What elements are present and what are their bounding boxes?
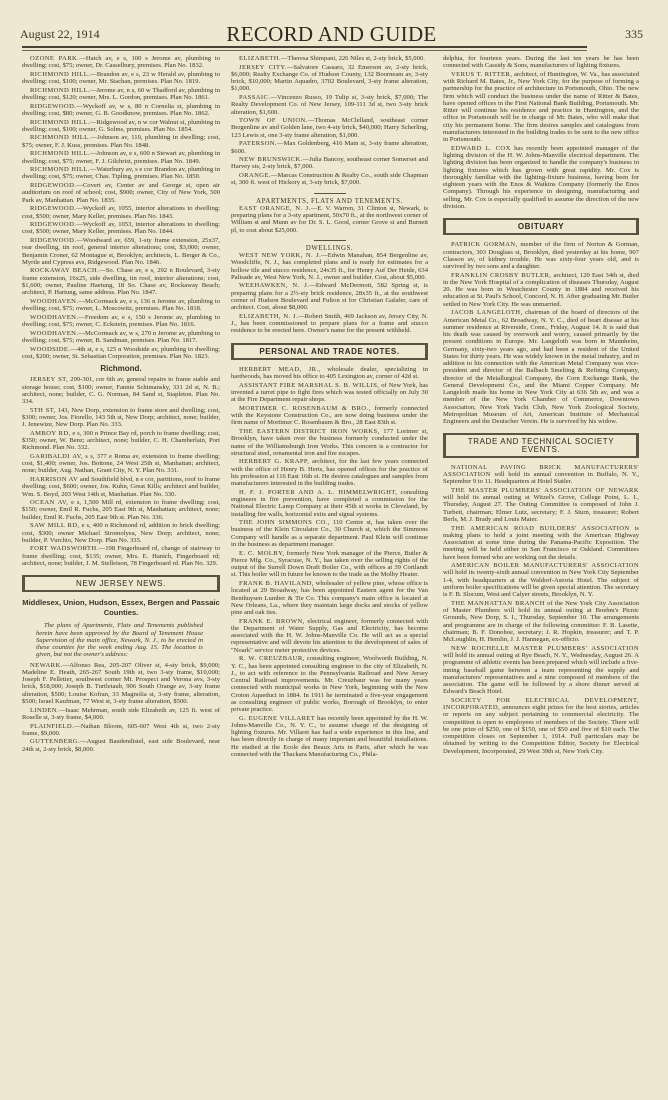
news-item: NEW BRUNSWICK.—Julia Bancoy, southeast c… [231,156,428,171]
news-item: ROCKAWAY BEACH.—So. Chase av, e s, 292 n… [22,267,220,296]
item-lead: RIDGEWOOD. [30,182,76,189]
item-lead: GARIBALDI AV, [30,453,83,460]
item-text: will hold its annual outing at Rye Beach… [443,652,639,695]
item-lead: WOODHAVEN. [30,330,78,337]
item-lead: RICHMOND HILL. [30,150,90,157]
right-column: delphia, for fourteen years. During the … [443,55,639,756]
item-lead: FRANKLIN CROSBY BUTLER, [451,272,551,279]
item-lead: HERBERT MEAD, JR., [239,366,321,373]
news-item: OCEAN AV, e s, 1,500 Mill rd, extension … [22,499,220,521]
item-lead: NEW BRUNSWICK. [239,156,303,163]
item-text: announces eight prizes for the best stor… [443,704,639,755]
item-lead: EDWARD L. COX [451,145,511,152]
page-number: 335 [625,27,643,42]
news-item: THE AMERICAN ROAD BUILDERS' ASSOCIATION … [443,525,639,561]
item-lead: ASSISTANT FIRE MARSHAL S. B. WILLIS, [239,382,379,389]
item-text: —Alfonso Rea, 205-207 Oliver st, 4-sty b… [22,662,220,705]
news-item: WEST NEW YORK, N. J.—Edwin Manahan, 854 … [231,252,428,281]
news-item: SOCIETY FOR ELECTRICAL DEVELOPMENT, INCO… [443,697,639,755]
news-item: 5TH ST, 143, New Dorp, extension to fram… [22,407,220,429]
item-lead: ORANGE. [239,172,271,179]
item-lead: 5TH ST, [30,407,56,414]
news-item: ORANGE.—Marcas Construction & Realty Co.… [231,172,428,187]
news-item: G. EUGENE VILLARET has recently been app… [231,715,428,759]
item-lead: ELIZABETH, N. J. [239,313,298,320]
item-lead: THE JOHN SIMMONS CO., [239,519,330,526]
news-item: THE JOHN SIMMONS CO., 110 Centre st, has… [231,519,428,548]
newspaper-page: August 22, 1914 RECORD AND GUIDE 335 OZO… [0,0,668,1100]
news-item: RIDGEWOOD.—Wyckoff av, w s, 80 n Corneli… [22,103,220,118]
news-item: NATIONAL PAVING BRICK MANUFACTURERS' ASS… [443,464,639,486]
item-lead: SAW MILL RD, [30,522,80,529]
item-lead: PATERSON. [239,140,277,147]
dwellings-entries: WEST NEW YORK, N. J.—Edwin Manahan, 854 … [231,252,428,335]
news-item: OZONE PARK.—Hatch av, e s, 100 s Jerome … [22,55,220,70]
news-item: THE MASTER PLUMBERS' ASSOCIATION OF NEWA… [443,487,639,523]
item-lead: RIDGEWOOD. [30,103,76,110]
item-lead: NEW ROCHELLE MASTER PLUMBERS' ASSOCIATIO… [451,645,639,652]
news-item: RIDGEWOOD.—Covert av, Center av and Geor… [22,182,220,204]
news-item: FORT WADSWORTH.—198 Fingerboard rd, chan… [22,545,220,567]
section-heading-richmond: Richmond. [22,365,220,372]
item-lead: WOODSIDE. [30,346,70,353]
region-heading: Middlesex, Union, Hudson, Essex, Bergen … [22,598,220,617]
news-item: GARIBALDI AV, s s, 377 e Roma av, extens… [22,453,220,475]
item-text: of the New York City Association of Mast… [443,600,639,643]
box-heading-trade-society-events: TRADE AND TECHNICAL SOCIETY EVENTS. [443,433,639,458]
news-item: GUTTENBERG.—August Baudendistel, east si… [22,738,220,753]
item-lead: JERSEY ST, [30,376,68,383]
section-heading-dwellings: DWELLINGS. [231,245,428,252]
item-lead: THE AMERICAN ROAD BUILDERS' ASSOCIATION [451,525,630,532]
news-item: PASSAIC.—Vincenzo Russo, 19 Tulip st, 3-… [231,94,428,116]
news-item: NEWARK.—Alfonso Rea, 205-207 Oliver st, … [22,662,220,706]
item-lead: R. W. CREUZBAUR, [239,655,305,662]
item-lead: RICHMOND HILL. [30,119,90,126]
news-item: EDWARD L. COX has recently been appointe… [443,145,639,210]
personal-entries: HERBERT MEAD, JR., wholesale dealer, spe… [231,366,428,758]
appointment-entries: VERUS T. RITTER, architect, of Huntingto… [443,71,639,210]
item-lead: JACOB LANGELOTH, [451,309,523,316]
news-item: RICHMOND HILL.—Ridgewood av, n w cor Wal… [22,119,220,134]
news-item: RIDGEWOOD.—Woodward av, 659, 1-sty frame… [22,237,220,266]
news-item: HERBERT MEAD, JR., wholesale dealer, spe… [231,366,428,381]
news-item: MORTIMER C. ROSENBAUM & BRO., formerly c… [231,405,428,427]
item-lead: TOWN OF UNION. [239,117,308,124]
item-lead: RICHMOND HILL. [30,71,90,78]
item-lead: GUTTENBERG. [30,738,80,745]
news-item: FRANK B. HAVILAND, wholesaler of yellow … [231,580,428,616]
news-item: RIDGEWOOD.—Wyckoff av, 1055, interior al… [22,205,220,220]
news-item: PLAINFIELD.—Nathan Bloom, 605-607 West 4… [22,723,220,738]
news-item: WOODSIDE.—4th st, e s, 125 n Woodside av… [22,346,220,361]
item-lead: FORT WADSWORTH. [30,545,99,552]
item-lead: FRANK B. HAVILAND, [239,580,314,587]
item-text: architect, of Huntington, W. Va., has as… [443,71,639,143]
item-text: —Theresa Shimpani, 226 Niles st, 2-sty b… [281,55,425,62]
news-item: TOWN OF UNION.—Thomas McClelland, southe… [231,117,428,139]
news-item: AMBOY RD, e s, 300 n Prince Bay rd, porc… [22,430,220,452]
item-text: will hold its annual outing at Witzel's … [443,494,639,523]
news-item: WOODHAVEN.—McCormack av, e s, 136 n Jero… [22,298,220,313]
news-item: RICHMOND HILL.—Jerome av, n s, 60 w Thad… [22,87,220,102]
item-lead: JERSEY CITY. [239,64,287,71]
divider [314,193,346,194]
left-column: OZONE PARK.—Hatch av, e s, 100 s Jerome … [22,55,220,754]
news-item: RICHMOND HILL.—Johnson av, 110, plumbing… [22,134,220,149]
item-lead: WOODHAVEN. [30,314,78,321]
item-lead: THE MANHATTAN BRANCH [451,600,545,607]
item-lead: PASSAIC. [239,94,270,101]
continued-paragraph: delphia, for fourteen years. During the … [443,55,639,70]
masthead-rule [22,46,587,48]
news-item: PATERSON.—Max Goldenberg, 416 Main st, 3… [231,140,428,155]
obituary-entries: PATRICK GORMAN, member of the firm of No… [443,241,639,425]
news-item: THE EASTERN DISTRICT IRON WORKS, 177 Lor… [231,428,428,457]
item-lead: G. EUGENE VILLARET [239,715,315,722]
nj-intro-note: The plans of Apartments, Flats and Tenem… [22,622,220,658]
news-item: WEEHAWKEN, N. J.—Edward McDermott, 582 S… [231,282,428,311]
news-item: HARRISON AV and Southfield blvd, n e cor… [22,476,220,498]
item-lead: THE EASTERN DISTRICT IRON WORKS, [239,428,380,435]
item-lead: WEEHAWKEN, N. J. [239,282,309,289]
richmond-entries: JERSEY ST, 299-301, cor 6th av, general … [22,376,220,567]
news-item: HERBERT G. KRAPP, architect, for the las… [231,458,428,487]
nj-entries: NEWARK.—Alfonso Rea, 205-207 Oliver st, … [22,662,220,753]
item-text: consulting engineer, Woolworth Building,… [231,655,428,713]
news-item: H. F. J. PORTER AND A. L. HIMMELWRIGHT, … [231,489,428,518]
item-lead: WEST NEW YORK, N. J. [239,252,321,259]
item-lead: OCEAN AV, [30,499,68,506]
nj-city-entries: ELIZABETH.—Theresa Shimpani, 226 Niles s… [231,55,428,187]
news-item: R. W. CREUZBAUR, consulting engineer, Wo… [231,655,428,713]
news-item: JACOB LANGELOTH, chairman of the board o… [443,309,639,425]
item-lead: THE MASTER PLUMBERS' ASSOCIATION OF NEWA… [451,487,639,494]
section-heading-apartments: APARTMENTS, FLATS AND TENEMENTS. [231,198,428,205]
news-item: LINDEN.—Isaac Mehrman, south side Elizab… [22,707,220,722]
news-item: RIDGEWOOD.—Wyckoff av, 1053, interior al… [22,221,220,236]
item-lead: LINDEN. [30,707,59,714]
apartments-entries: EAST ORANGE, N. J.—E. V. Warren, 31 Clin… [231,205,428,234]
box-heading-personal-trade-notes: PERSONAL AND TRADE NOTES. [231,343,428,360]
item-lead: AMERICAN BOILER MANUFACTURERS' ASSOCIATI… [451,562,639,569]
item-lead: MORTIMER C. ROSENBAUM & BRO., [239,405,371,412]
news-item: RICHMOND HILL.—Johnson av, e s, 600 n St… [22,150,220,165]
item-lead: OZONE PARK. [30,55,79,62]
news-item: FRANK E. BROWN, electrical engineer, for… [231,618,428,654]
box-heading-obituary: OBITUARY [443,218,639,235]
item-lead: EAST ORANGE, N. J. [239,205,311,212]
item-lead: H. F. J. PORTER AND A. L. HIMMELWRIGHT, [239,489,397,496]
trade-event-entries: NATIONAL PAVING BRICK MANUFACTURERS' ASS… [443,464,639,755]
queens-plumbing-entries: OZONE PARK.—Hatch av, e s, 100 s Jerome … [22,55,220,360]
item-lead: AMBOY RD, [30,430,71,437]
item-lead: FRANK E. BROWN, [239,618,305,625]
news-item: JERSEY CITY.—Salvatore Cassaro, 32 Emers… [231,64,428,93]
item-text: has recently been appointed manager of t… [443,145,639,210]
item-lead: RIDGEWOOD. [30,221,76,228]
item-lead: HARRISON AV [30,476,78,483]
middle-column: ELIZABETH.—Theresa Shimpani, 226 Niles s… [231,55,428,760]
news-item: PATRICK GORMAN, member of the firm of No… [443,241,639,270]
item-lead: PLAINFIELD. [30,723,74,730]
news-item: SAW MILL RD, e s, 400 n Richmond rd, add… [22,522,220,544]
masthead: August 22, 1914 RECORD AND GUIDE 335 [20,22,643,44]
item-lead: E. C. MOLBY, [239,550,284,557]
item-lead: VERUS T. RITTER, [451,71,512,78]
news-item: NEW ROCHELLE MASTER PLUMBERS' ASSOCIATIO… [443,645,639,696]
news-item: THE MANHATTAN BRANCH of the New York Cit… [443,600,639,644]
item-text: chairman of the board of directors of th… [443,309,639,425]
news-item: AMERICAN BOILER MANUFACTURERS' ASSOCIATI… [443,562,639,598]
divider [314,240,346,241]
item-lead: HERBERT G. KRAPP, [239,458,309,465]
news-item: EAST ORANGE, N. J.—E. V. Warren, 31 Clin… [231,205,428,234]
news-item: E. C. MOLBY, formerly New York manager o… [231,550,428,579]
news-item: ELIZABETH.—Theresa Shimpani, 226 Niles s… [231,55,428,62]
news-item: ELIZABETH, N. J.—Robert Smith, 469 Jacks… [231,313,428,335]
item-lead: NEWARK. [30,662,63,669]
news-item: WOODHAVEN.—Freedom av, e s, 150 s Jerome… [22,314,220,329]
news-item: VERUS T. RITTER, architect, of Huntingto… [443,71,639,144]
news-item: RICHMOND HILL.—Waterbury av, s e cor Bra… [22,166,220,181]
item-lead: RIDGEWOOD. [30,237,76,244]
news-item: RICHMOND HILL.—Brandon av, e s, 23 w Her… [22,71,220,86]
item-lead: RICHMOND HILL. [30,166,90,173]
item-lead: ELIZABETH. [239,55,281,62]
news-item: WOODHAVEN.—McCormack av, w s, 270 n Jero… [22,330,220,345]
item-lead: WOODHAVEN. [30,298,78,305]
item-lead: ROCKAWAY BEACH. [30,267,99,274]
item-lead: RICHMOND HILL. [30,134,91,141]
news-item: FRANKLIN CROSBY BUTLER, architect, 120 E… [443,272,639,308]
masthead-rule-thin [22,50,587,51]
news-item: JERSEY ST, 299-301, cor 6th av, general … [22,376,220,405]
news-item: ASSISTANT FIRE MARSHAL S. B. WILLIS, of … [231,382,428,404]
item-text: has recently been appointed by the H. W.… [231,715,428,758]
publication-title: RECORD AND GUIDE [20,22,643,47]
box-heading-new-jersey-news: NEW JERSEY NEWS. [22,575,220,592]
item-text: will hold its twenty-sixth annual conven… [443,569,639,598]
item-lead: RICHMOND HILL. [30,87,90,94]
item-lead: RIDGEWOOD. [30,205,76,212]
item-lead: PATRICK GORMAN, [451,241,518,248]
